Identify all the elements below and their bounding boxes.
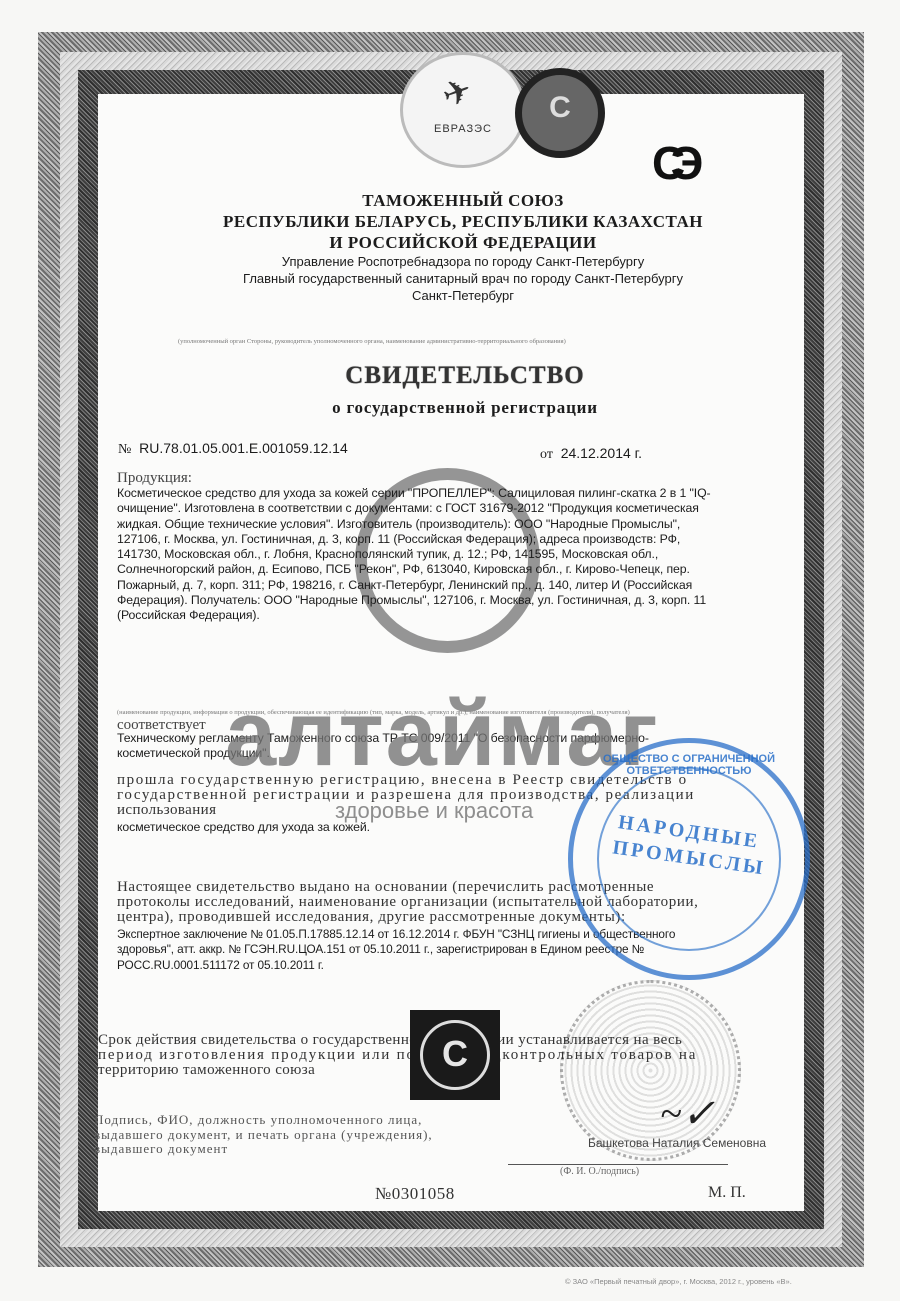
certification-seal-icon: С — [410, 1010, 500, 1100]
product-description: Косметическое средство для ухода за коже… — [117, 486, 797, 624]
certificate-number: № RU.78.01.05.001.E.001059.12.14 — [118, 440, 348, 458]
product-line: Федерация). Получатель: ООО "Народные Пр… — [117, 593, 797, 608]
stamp-ring-text: ОБЩЕСТВО С ОГРАНИЧЕННОЙ ОТВЕТСТВЕННОСТЬЮ — [573, 753, 805, 777]
seal-glyph: С — [522, 91, 598, 125]
product-line: очищение". Изготовлена в соответствии с … — [117, 501, 797, 516]
product-line: 141730, Московская обл., г. Лобня, Красн… — [117, 547, 797, 562]
date-value: 24.12.2014 г. — [561, 445, 642, 461]
product-line: 127106, г. Москва, ул. Гостиничная, д. 3… — [117, 532, 797, 547]
union-title-line: ТАМОЖЕННЫЙ СОЮЗ — [98, 190, 828, 211]
number-prefix: № — [118, 442, 131, 457]
signature-scribble: ~✓ — [660, 1090, 715, 1137]
se-mark-icon: СЭ — [652, 140, 689, 186]
eaes-emblem: ✈ ЕВРАЗЭС — [400, 52, 526, 168]
registration-usage: косметическое средство для ухода за коже… — [117, 820, 370, 835]
printer-note: © ЗАО «Первый печатный двор», г. Москва,… — [565, 1277, 792, 1286]
union-title: ТАМОЖЕННЫЙ СОЮЗ РЕСПУБЛИКИ БЕЛАРУСЬ, РЕС… — [98, 190, 828, 304]
number-value: RU.78.01.05.001.E.001059.12.14 — [139, 440, 348, 456]
company-stamp: ОБЩЕСТВО С ОГРАНИЧЕННОЙ ОТВЕТСТВЕННОСТЬЮ… — [568, 738, 810, 980]
product-label: Продукция: — [117, 470, 192, 487]
authority-caption: (уполномоченный орган Стороны, руководит… — [178, 338, 768, 345]
watermark-tagline: здоровье и красота — [335, 798, 533, 824]
authority-line: Главный государственный санитарный врач … — [98, 270, 828, 287]
instruction-line: выдавшего документ, и печать органа (учр… — [94, 1128, 494, 1143]
signature-line — [508, 1164, 728, 1165]
union-title-line: И РОССИЙСКОЙ ФЕДЕРАЦИИ — [98, 232, 828, 253]
eaes-label: ЕВРАЗЭС — [403, 123, 523, 135]
signer-caption: (Ф. И. О./подпись) — [560, 1166, 639, 1177]
instruction-line: выдавшего документ — [94, 1142, 494, 1157]
product-line: Солнечногорский район, д. Есипово, ПСБ "… — [117, 562, 797, 577]
signature-instruction: Подпись, ФИО, должность уполномоченного … — [94, 1113, 494, 1157]
form-number: №0301058 — [375, 1184, 455, 1204]
instruction-line: Подпись, ФИО, должность уполномоченного … — [94, 1113, 494, 1128]
product-line: жидкая. Общие технические условия". Изго… — [117, 517, 797, 532]
rospotrebnadzor-seal-icon: С — [515, 68, 605, 158]
product-line: Пожарный, д. 7, корп. 311; РФ, 198216, г… — [117, 578, 797, 593]
certificate-title: СВИДЕТЕЛЬСТВО — [100, 362, 830, 390]
product-line: (Российская Федерация). — [117, 608, 797, 623]
certificate-subtitle: о государственной регистрации — [100, 398, 830, 418]
union-title-line: РЕСПУБЛИКИ БЕЛАРУСЬ, РЕСПУБЛИКИ КАЗАХСТА… — [98, 211, 828, 232]
authority-line: Управление Роспотребнадзора по городу Са… — [98, 253, 828, 270]
signer-name: Башкетова Наталия Семеновна — [588, 1136, 766, 1150]
seal-place: М. П. — [708, 1184, 746, 1202]
seal-glyph: С — [410, 1033, 500, 1075]
date-prefix: от — [540, 447, 553, 462]
certificate-date: от 24.12.2014 г. — [540, 445, 642, 463]
product-line: Косметическое средство для ухода за коже… — [117, 486, 797, 501]
eaes-bird-icon: ✈ — [437, 69, 477, 116]
authority-line: Санкт-Петербург — [98, 287, 828, 304]
